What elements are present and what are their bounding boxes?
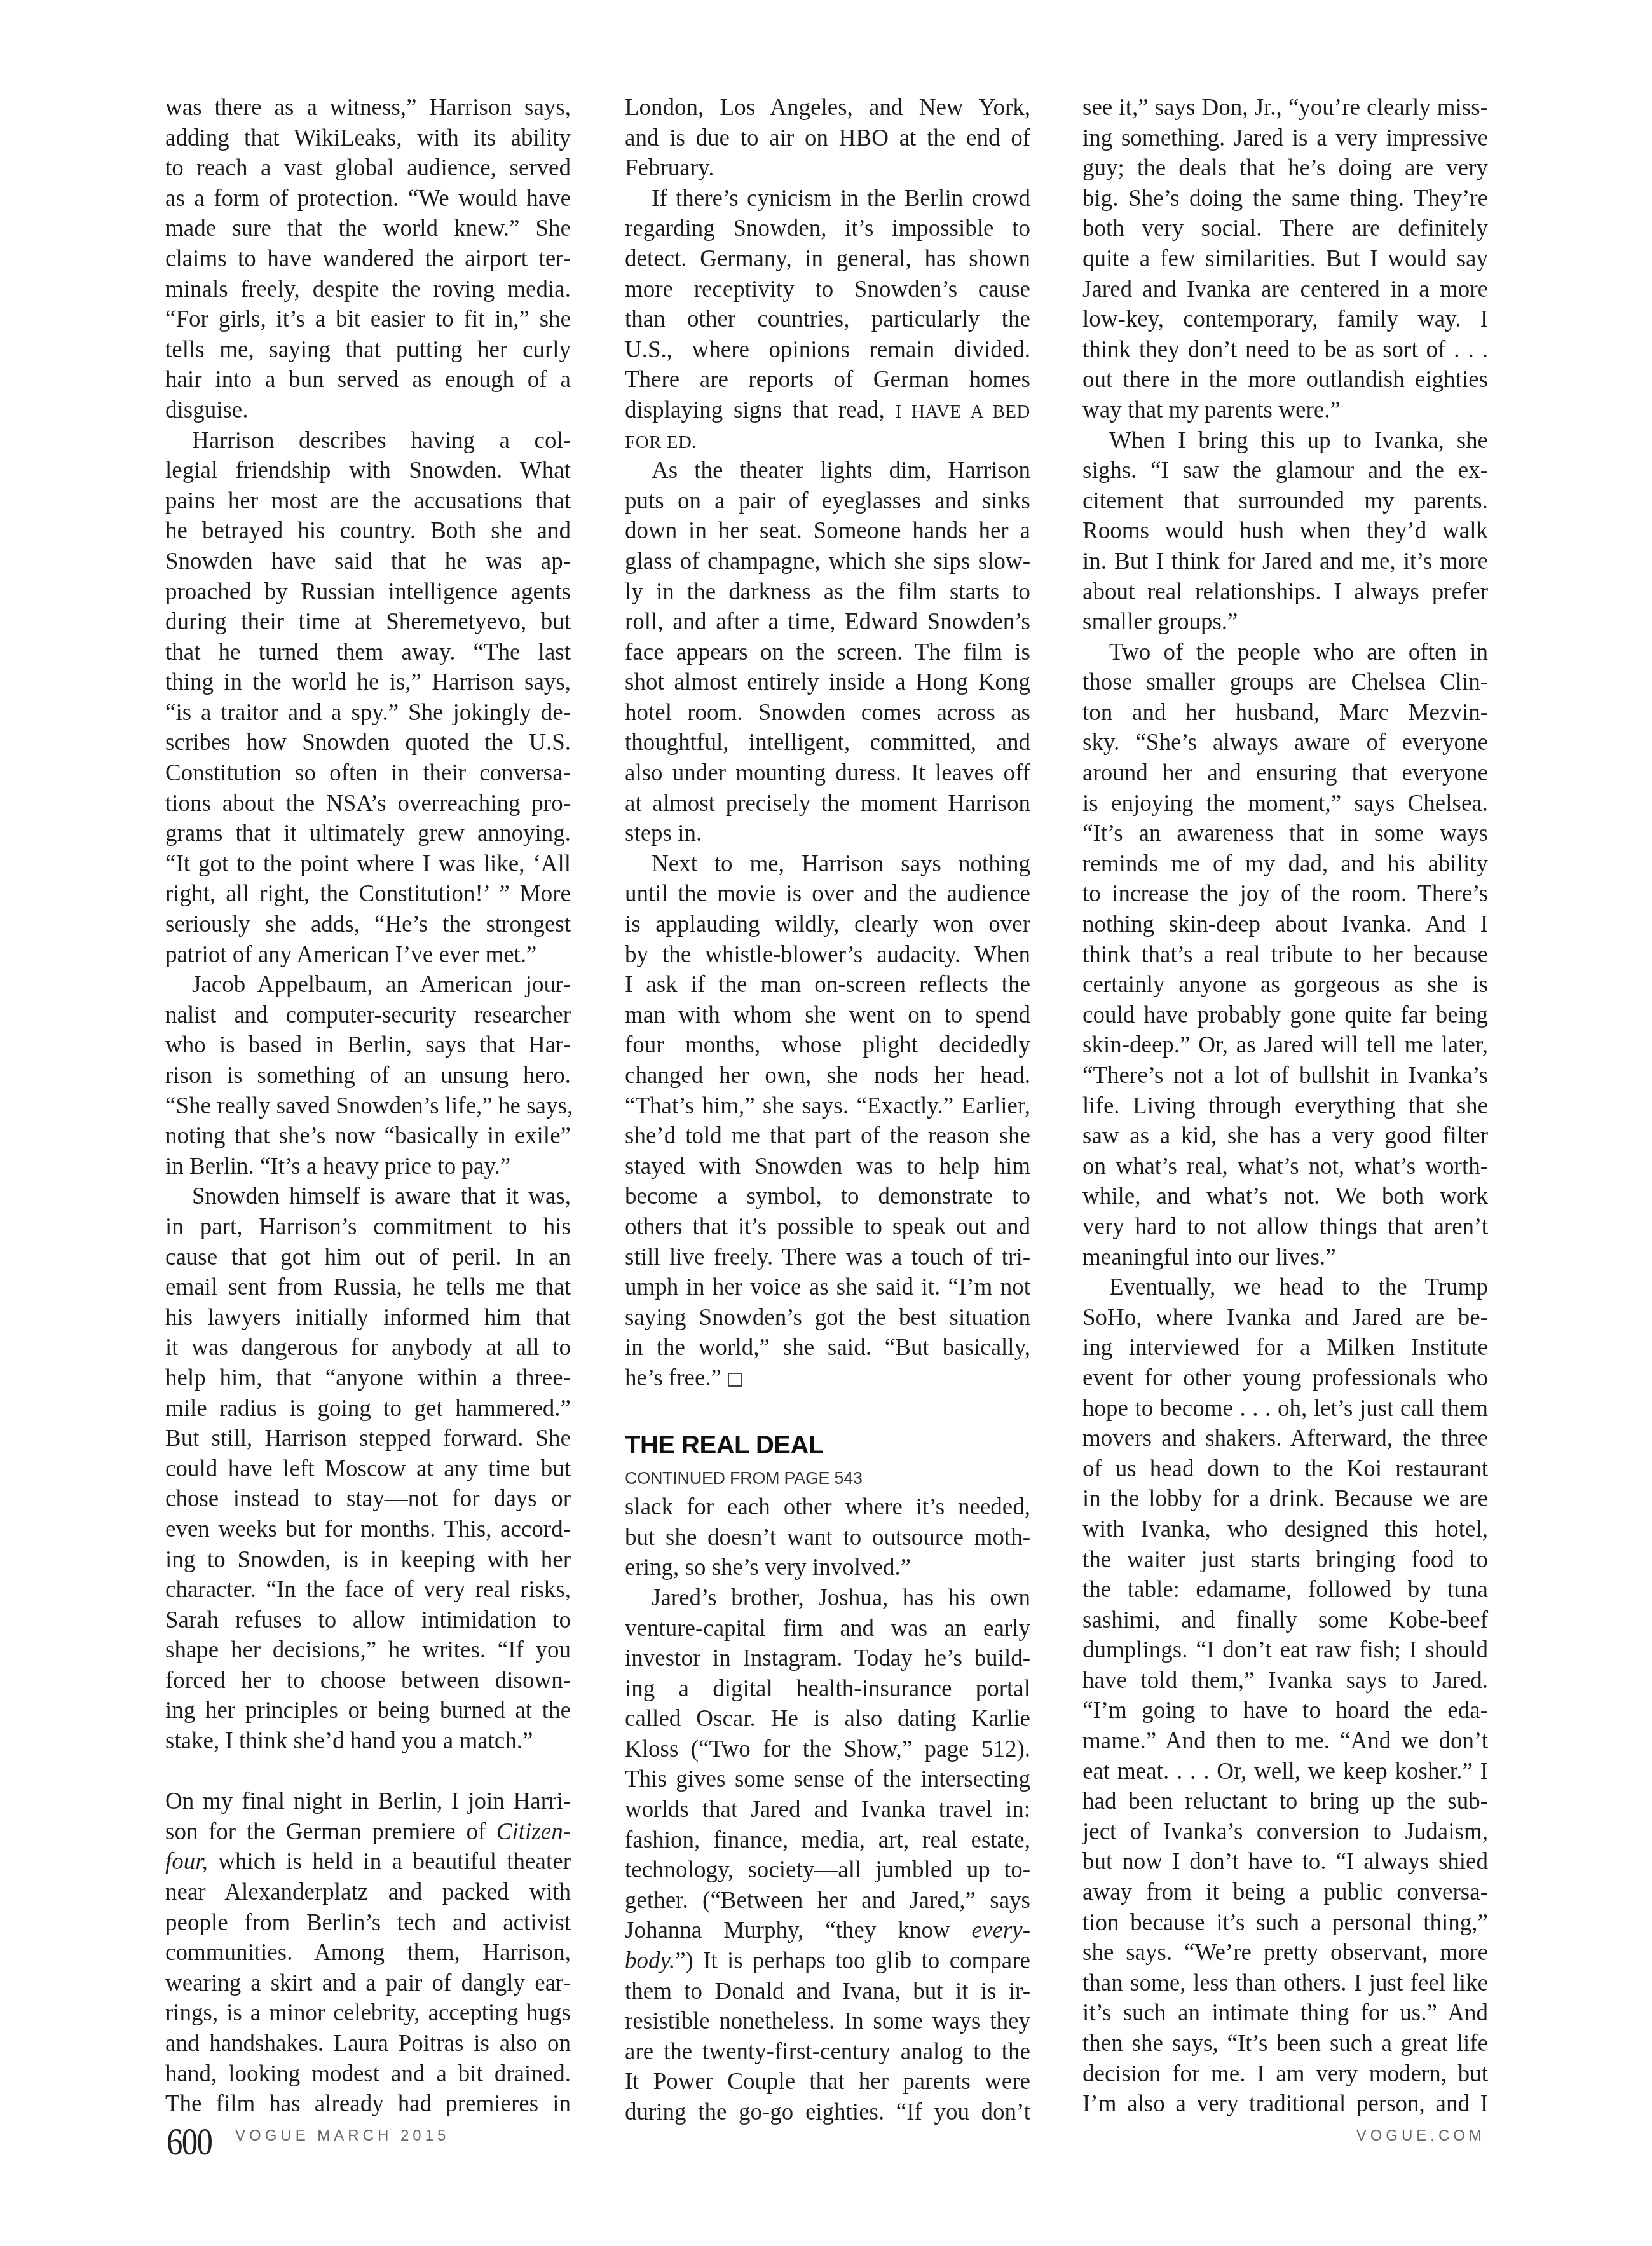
text-line: quite a few similarities. But I would sa… [1082,244,1488,275]
paragraph-gap [625,1394,1030,1424]
text-line: Eventually, we head to the Trump [1082,1272,1488,1303]
text-line: as a form of protection. “We would have [165,184,571,214]
continued-from-label: CONTINUED FROM PAGE 543 [625,1464,1030,1492]
text-line: low-key, contemporary, family way. I [1082,304,1488,335]
line-text: then she says, “It’s been such a great l… [1082,2031,1488,2057]
line-text: in. But I think for Jared and me, it’s m… [1082,548,1488,575]
text-line: When I bring this up to Ivanka, she [1082,426,1488,456]
line-text: U.S., where opinions remain divided. [625,337,1030,363]
text-line: It Power Couple that her parents were [625,2067,1030,2097]
text-line: think that’s a real tribute to her becau… [1082,940,1488,970]
article-column-2: London, Los Angeles, and New York,and is… [625,93,1030,2128]
line-text: down in her seat. Someone hands her a [625,518,1030,544]
text-line: proached by Russian intelligence agents [165,577,571,608]
text-line: seriously she adds, “He’s the strongest [165,909,571,940]
line-text: but now I don’t have to. “I always shied [1082,1849,1488,1875]
line-text: had been reluctant to bring up the sub- [1082,1788,1488,1814]
text-line: If there’s cynicism in the Berlin crowd [625,184,1030,214]
line-text: around her and ensuring that everyone [1082,760,1488,786]
text-line: glass of champagne, which she sips slow- [625,547,1030,577]
line-text: ering, so she’s very involved.” [625,1555,911,1581]
text-line: right, all right, the Constitution!’ ” M… [165,879,571,909]
text-line: adding that WikiLeaks, with its ability [165,123,571,154]
line-text: near Alexanderplatz and packed with [165,1879,571,1905]
text-line: email sent from Russia, he tells me that [165,1272,571,1303]
text-line: ing to Snowden, is in keeping with her [165,1545,571,1576]
line-text: as a form of protection. “We would have [165,186,571,212]
text-line: rings, is a minor celebrity, accepting h… [165,1998,571,2029]
text-line: thoughtful, intelligent, committed, and [625,728,1030,758]
text-line: umph in her voice as she said it. “I’m n… [625,1272,1030,1303]
line-text: gether. (“Between her and Jared,” says [625,1888,1030,1914]
line-text: Jacob Appelbaum, an American jour- [192,972,571,998]
text-line: in the lobby for a drink. Because we are [1082,1484,1488,1514]
line-text: sashimi, and finally some Kobe-beef [1082,1607,1488,1633]
line-text: eat meat. . . . Or, well, we keep kosher… [1082,1759,1488,1785]
text-line: nothing skin-deep about Ivanka. And I [1082,909,1488,940]
text-line: resistible nonetheless. In some ways the… [625,2006,1030,2037]
text-line: slack for each other where it’s needed, [625,1492,1030,1523]
text-line: them to Donald and Ivana, but it is ir- [625,1977,1030,2007]
line-text: ject of Ivanka’s conversion to Judaism, [1082,1819,1488,1845]
line-text: to reach a vast global audience, served [165,155,571,181]
text-line: Kloss (“Two for the Show,” page 512). [625,1734,1030,1765]
line-text: minals freely, despite the roving media. [165,276,571,303]
text-line: at almost precisely the moment Harrison [625,789,1030,819]
text-line: than some, less than others. I just feel… [1082,1968,1488,1999]
text-line: away from it being a public conversa- [1082,1877,1488,1908]
line-text: “It got to the point where I was like, ‘… [165,851,571,877]
line-text: is applauding wildly, clearly won over [625,911,1030,937]
line-text: at almost precisely the moment Harrison [625,791,1030,817]
text-line: that he turned them away. “The last [165,637,571,668]
text-line: February. [625,153,1030,184]
text-line: Rooms would hush when they’d walk [1082,516,1488,547]
text-line: thing in the world he is,” Harrison says… [165,667,571,698]
line-text: London, Los Angeles, and New York, [625,95,1030,121]
text-line: ing her principles or being burned at th… [165,1696,571,1726]
text-line: nalist and computer-security researcher [165,1000,571,1031]
line-text: rings, is a minor celebrity, accepting h… [165,2000,571,2026]
text-line: ing a digital health-insurance portal [625,1674,1030,1705]
text-line: both very social. There are definitely [1082,214,1488,244]
line-text: The film has already had premieres in [165,2091,571,2117]
line-text: I ask if the man on-screen reflects the [625,972,1030,998]
line-text: thing in the world he is,” Harrison says… [165,669,571,695]
line-text: I’m also a very traditional person, and … [1082,2091,1488,2117]
line-text: Snowden have said that he was ap- [165,548,571,575]
italic-title: body. [625,1948,675,1974]
line-text: in Berlin. “It’s a heavy price to pay.” [165,1154,510,1180]
text-line: with Ivanka, who designed this hotel, [1082,1514,1488,1545]
line-text: but she doesn’t want to outsource moth- [625,1525,1030,1551]
text-line: Johanna Murphy, “they know every- [625,1916,1030,1946]
end-of-article-icon [728,1373,742,1387]
line-text: “For girls, it’s a bit easier to fit in,… [165,306,571,332]
line-text: both very social. There are definitely [1082,215,1488,242]
line-text: meaningful into our lives.” [1082,1244,1336,1270]
text-line: hope to become . . . oh, let’s just call… [1082,1394,1488,1424]
text-line: still live freely. There was a touch of … [625,1242,1030,1273]
line-text: it’s such an intimate thing for us.” And [1082,2000,1488,2026]
text-line: I ask if the man on-screen reflects the [625,970,1030,1000]
text-line: disguise. [165,395,571,426]
line-text: puts on a pair of eyeglasses and sinks [625,488,1030,514]
text-line: his lawyers initially informed him that [165,1303,571,1333]
text-line: “For girls, it’s a bit easier to fit in,… [165,304,571,335]
text-line: near Alexanderplatz and packed with [165,1877,571,1908]
text-line: tion because it’s such a personal thing,… [1082,1908,1488,1938]
line-text: on what’s real, what’s not, what’s worth… [1082,1154,1488,1180]
text-line: out there in the more outlandish eightie… [1082,365,1488,395]
line-text: of us head down to the Koi restaurant [1082,1456,1488,1482]
line-text: even weeks but for months. This, accord- [165,1516,571,1542]
line-text: This gives some sense of the intersectin… [625,1766,1030,1792]
line-text: in the world,” she said. “But basically, [625,1335,1030,1361]
line-text: which is held in a beautiful theater [208,1849,571,1875]
line-text: proached by Russian intelligence agents [165,579,571,605]
line-text: skin-deep.” Or, as Jared will tell me la… [1082,1032,1488,1058]
line-text: adding that WikiLeaks, with its ability [165,125,571,151]
line-text: saw as a kid, she has a very good filter [1082,1123,1488,1149]
text-line: “It got to the point where I was like, ‘… [165,849,571,880]
text-line: people from Berlin’s tech and activist [165,1908,571,1938]
line-text: legial friendship with Snowden. What [165,458,571,484]
line-text: nothing skin-deep about Ivanka. And I [1082,911,1488,937]
line-text: It Power Couple that her parents were [625,2069,1030,2095]
line-text: he betrayed his country. Both she and [165,518,571,544]
line-text: ing a digital health-insurance portal [625,1676,1030,1702]
line-text: glass of champagne, which she sips slow- [625,548,1030,575]
text-line: mile radius is going to get hammered.” [165,1394,571,1424]
line-text: If there’s cynicism in the Berlin crowd [652,186,1030,212]
line-text: she says. “We’re pretty observant, more [1082,1940,1488,1966]
line-text: “That’s him,” she says. “Exactly.” Earli… [625,1093,1030,1119]
line-text: called Oscar. He is also dating Karlie [625,1706,1030,1732]
text-line: tells me, saying that putting her curly [165,335,571,365]
text-line: in Berlin. “It’s a heavy price to pay.” [165,1152,571,1182]
line-text: forced her to choose between disown- [165,1668,571,1694]
text-line: shot almost entirely inside a Hong Kong [625,667,1030,698]
text-line: smaller groups.” [1082,607,1488,637]
line-text: event for other young professionals who [1082,1365,1488,1391]
line-text: sighs. “I saw the glamour and the ex- [1082,458,1488,484]
text-line: Jared’s brother, Joshua, has his own [625,1583,1030,1614]
line-text: he’s free.” [625,1365,721,1391]
text-line: face appears on the screen. The film is [625,637,1030,668]
text-line: see it,” says Don, Jr., “you’re clearly … [1082,93,1488,123]
line-text: man with whom she went on to spend [625,1002,1030,1028]
line-text: sky. “She’s always aware of everyone [1082,730,1488,756]
text-line: to increase the joy of the room. There’s [1082,879,1488,909]
text-line: forced her to choose between disown- [165,1666,571,1696]
text-line: event for other young professionals who [1082,1363,1488,1394]
text-line: “I’m going to have to hoard the eda- [1082,1696,1488,1726]
line-text: scribes how Snowden quoted the U.S. [165,730,571,756]
line-text: noting that she’s now “basically in exil… [165,1123,571,1149]
line-text: life. Living through everything that she [1082,1093,1488,1119]
text-line: On my final night in Berlin, I join Harr… [165,1787,571,1817]
line-text: during the go-go eighties. “If you don’t [625,2099,1030,2125]
line-text: “I’m going to have to hoard the eda- [1082,1698,1488,1724]
text-line: could have left Moscow at any time but [165,1454,571,1485]
text-line: until the movie is over and the audience [625,879,1030,909]
line-text: When I bring this up to Ivanka, she [1109,428,1488,454]
text-line: down in her seat. Someone hands her a [625,516,1030,547]
line-text: Kloss (“Two for the Show,” page 512). [625,1736,1030,1762]
line-text: with Ivanka, who designed this hotel, [1082,1516,1488,1542]
line-text: stake, I think she’d hand you a match.” [165,1728,533,1754]
line-text: away from it being a public conversa- [1082,1879,1488,1905]
text-line: Two of the people who are often in [1082,637,1488,668]
text-line: four, which is held in a beautiful theat… [165,1847,571,1877]
text-line: very hard to not allow things that aren’… [1082,1212,1488,1242]
text-line: but she doesn’t want to outsource moth- [625,1523,1030,1553]
text-line: investor in Instagram. Today he’s build- [625,1644,1030,1674]
text-line: patriot of any American I’ve ever met.” [165,940,571,970]
text-line: citement that surrounded my parents. [1082,486,1488,517]
text-line: Sarah refuses to allow intimidation to [165,1605,571,1636]
line-text: mame.” And then to me. “And we don’t [1082,1728,1488,1754]
line-text: Johanna Murphy, “they know [625,1917,972,1943]
line-text: than some, less than others. I just feel… [1082,1970,1488,1996]
text-line: dumplings. “I don’t eat raw fish; I shou… [1082,1635,1488,1666]
text-line: she’d told me that part of the reason sh… [625,1121,1030,1152]
text-line: in the world,” she said. “But basically, [625,1333,1030,1363]
line-text: Jared and Ivanka are centered in a more [1082,276,1488,303]
text-line: in part, Harrison’s commitment to his [165,1212,571,1242]
text-line: on what’s real, what’s not, what’s worth… [1082,1152,1488,1182]
line-text: the waiter just starts bringing food to [1082,1547,1488,1573]
line-text: stayed with Snowden was to help him [625,1154,1030,1180]
text-line: roll, and after a time, Edward Snowden’s [625,607,1030,637]
text-line: ering, so she’s very involved.” [625,1553,1030,1583]
line-text: tells me, saying that putting her curly [165,337,571,363]
text-line: reminds me of my dad, and his ability [1082,849,1488,880]
text-line: mame.” And then to me. “And we don’t [1082,1726,1488,1757]
line-text: his lawyers initially informed him that [165,1305,571,1331]
line-text: patriot of any American I’ve ever met.” [165,942,537,968]
text-line: fashion, finance, media, art, real estat… [625,1825,1030,1856]
text-line: “That’s him,” she says. “Exactly.” Earli… [625,1091,1030,1122]
text-line: but now I don’t have to. “I always shied [1082,1847,1488,1877]
line-text: pains her most are the accusations that [165,488,571,514]
line-text: help him, that “anyone within a three- [165,1365,571,1391]
line-text: made sure that the world knew.” She [165,215,571,242]
line-text: steps in. [625,820,702,847]
text-line: sashimi, and finally some Kobe-beef [1082,1605,1488,1636]
text-line: hair into a bun served as enough of a [165,365,571,395]
text-line: FOR ED. [625,426,1030,456]
text-line: legial friendship with Snowden. What [165,456,571,486]
line-text: very hard to not allow things that aren’… [1082,1214,1488,1240]
line-text: those smaller groups are Chelsea Clin- [1082,669,1488,695]
text-line: The film has already had premieres in [165,2089,571,2120]
text-line: Jacob Appelbaum, an American jour- [165,970,571,1000]
line-text: guy; the deals that he’s doing are very [1082,155,1488,181]
line-text: claims to have wandered the airport ter- [165,246,571,272]
text-line: become a symbol, to demonstrate to [625,1181,1030,1212]
line-text: regarding Snowden, it’s impossible to [625,215,1030,242]
line-text: tion because it’s such a personal thing,… [1082,1910,1488,1936]
text-line: it’s such an intimate thing for us.” And [1082,1998,1488,2029]
line-text: chose instead to stay—not for days or [165,1486,571,1512]
text-line: even weeks but for months. This, accord- [165,1514,571,1545]
text-line: sky. “She’s always aware of everyone [1082,728,1488,758]
text-line: around her and ensuring that everyone [1082,758,1488,789]
line-text: hand, looking modest and a bit drained. [165,2061,571,2087]
text-line: I’m also a very traditional person, and … [1082,2089,1488,2120]
line-text: to increase the joy of the room. There’s [1082,881,1488,907]
line-text: But still, Harrison stepped forward. She [165,1426,571,1452]
text-line: This gives some sense of the intersectin… [625,1764,1030,1795]
text-line: scribes how Snowden quoted the U.S. [165,728,571,758]
line-text: right, all right, the Constitution!’ ” M… [165,881,571,907]
text-line: to reach a vast global audience, served [165,153,571,184]
text-line: Snowden himself is aware that it was, [165,1181,571,1212]
text-line: had been reluctant to bring up the sub- [1082,1787,1488,1817]
text-line: ton and her husband, Marc Mezvin- [1082,698,1488,728]
line-text: shot almost entirely inside a Hong Kong [625,669,1030,695]
text-line: But still, Harrison stepped forward. She [165,1424,571,1454]
line-text: become a symbol, to demonstrate to [625,1183,1030,1209]
text-line: are the twenty-first-century analog to t… [625,2037,1030,2067]
line-text: hotel room. Snowden comes across as [625,700,1030,726]
text-line: technology, society—all jumbled up to- [625,1855,1030,1886]
text-line: “is a traitor and a spy.” She jokingly d… [165,698,571,728]
text-line: by the whistle-blower’s audacity. When [625,940,1030,970]
text-line: sighs. “I saw the glamour and the ex- [1082,456,1488,486]
line-text: investor in Instagram. Today he’s build- [625,1645,1030,1671]
line-text: On my final night in Berlin, I join Harr… [165,1788,571,1814]
line-text: nalist and computer-security researcher [165,1002,571,1028]
line-text: and is due to air on HBO at the end of [625,125,1030,151]
article-column-3: see it,” says Don, Jr., “you’re clearly … [1082,93,1488,2120]
line-text: certainly anyone as gorgeous as she is [1082,972,1488,998]
text-line: London, Los Angeles, and New York, [625,93,1030,123]
line-text: cause that got him out of peril. In an [165,1244,571,1270]
text-line: and handshakes. Laura Poitras is also on [165,2029,571,2059]
italic-title: Citizen- [496,1819,571,1845]
text-line: have told them,” Ivanka says to Jared. [1082,1666,1488,1696]
magazine-page: was there as a witness,” Harrison says,a… [0,0,1652,2246]
line-text: Eventually, we head to the Trump [1109,1274,1488,1300]
line-text: Two of the people who are often in [1109,639,1488,665]
text-line: minals freely, despite the roving media. [165,275,571,305]
text-line: body.”) It is perhaps too glib to compar… [625,1946,1030,1977]
line-text: shape her decisions,” he writes. “If you [165,1637,571,1663]
line-text: she’d told me that part of the reason sh… [625,1123,1030,1149]
text-line: “She really saved Snowden’s life,” he sa… [165,1091,571,1122]
text-line: son for the German premiere of Citizen- [165,1817,571,1848]
text-line: Snowden have said that he was ap- [165,547,571,577]
line-text: also under mounting duress. It leaves of… [625,760,1030,786]
sign-text: FOR ED. [625,432,697,453]
line-text: wearing a skirt and a pair of dangly ear… [165,1970,571,1996]
line-text: than other countries, particularly the [625,306,1030,332]
line-text: disguise. [165,397,249,423]
line-text: could have left Moscow at any time but [165,1456,571,1482]
line-text: in part, Harrison’s commitment to his [165,1214,571,1240]
line-text: technology, society—all jumbled up to- [625,1857,1030,1883]
text-line: is applauding wildly, clearly won over [625,909,1030,940]
text-line: big. She’s doing the same thing. They’re [1082,184,1488,214]
line-text: quite a few similarities. But I would sa… [1082,246,1488,272]
text-line: certainly anyone as gorgeous as she is [1082,970,1488,1000]
page-number: 600 [167,2120,212,2165]
line-text: rison is something of an unsung hero. [165,1063,571,1089]
line-text: umph in her voice as she said it. “I’m n… [625,1274,1030,1300]
line-text: dumplings. “I don’t eat raw fish; I shou… [1082,1637,1488,1663]
text-line: the table: edamame, followed by tuna [1082,1575,1488,1605]
line-text: SoHo, where Ivanka and Jared are be- [1082,1305,1488,1331]
line-text: Rooms would hush when they’d walk [1082,518,1488,544]
text-line: skin-deep.” Or, as Jared will tell me la… [1082,1030,1488,1061]
line-text: worlds that Jared and Ivanka travel in: [625,1797,1030,1823]
line-text: still live freely. There was a touch of … [625,1244,1030,1270]
line-text: ly in the darkness as the film starts to [625,579,1030,605]
text-line: four months, whose plight decidedly [625,1030,1030,1061]
line-text: detect. Germany, in general, has shown [625,246,1030,272]
line-text: “It’s an awareness that in some ways [1082,820,1488,847]
text-line: decision for me. I am very modern, but [1082,2059,1488,2090]
line-text: face appears on the screen. The film is [625,639,1030,665]
text-line: who is based in Berlin, says that Har- [165,1030,571,1061]
line-text: changed her own, she nods her head. [625,1063,1030,1089]
text-line: life. Living through everything that she [1082,1091,1488,1122]
line-text: was there as a witness,” Harrison says, [165,95,571,121]
paragraph-gap [165,1757,571,1787]
line-text: mile radius is going to get hammered.” [165,1396,571,1422]
text-line: way that my parents were.” [1082,395,1488,426]
text-line: hotel room. Snowden comes across as [625,698,1030,728]
line-text: hair into a bun served as enough of a [165,367,571,393]
text-line: Next to me, Harrison says nothing [625,849,1030,880]
line-text: Jared’s brother, Joshua, has his own [652,1585,1030,1611]
text-line: worlds that Jared and Ivanka travel in: [625,1795,1030,1825]
text-line: others that it’s possible to speak out a… [625,1212,1030,1242]
line-text: communities. Among them, Harrison, [165,1940,571,1966]
text-line: noting that she’s now “basically in exil… [165,1121,571,1152]
section-heading: THE REAL DEAL [625,1426,1030,1464]
text-line: regarding Snowden, it’s impossible to [625,214,1030,244]
text-line: “It’s an awareness that in some ways [1082,819,1488,849]
text-line: pains her most are the accusations that [165,486,571,517]
italic-title: every- [972,1917,1030,1943]
line-text: hope to become . . . oh, let’s just call… [1082,1396,1488,1422]
line-text: is enjoying the moment,” says Chelsea. [1082,791,1488,817]
line-text: that he turned them away. “The last [165,639,571,665]
text-line: cause that got him out of peril. In an [165,1242,571,1273]
line-text: who is based in Berlin, says that Har- [165,1032,571,1058]
line-text: slack for each other where it’s needed, [625,1494,1030,1520]
line-text: “is a traitor and a spy.” She jokingly d… [165,700,571,726]
line-text: low-key, contemporary, family way. I [1082,306,1488,332]
line-text: reminds me of my dad, and his ability [1082,851,1488,877]
line-text: could have probably gone quite far being [1082,1002,1488,1028]
text-line: hand, looking modest and a bit drained. [165,2059,571,2090]
text-line: gether. (“Between her and Jared,” says [625,1886,1030,1916]
text-line: man with whom she went on to spend [625,1000,1030,1031]
line-text: movers and shakers. Afterward, the three [1082,1426,1488,1452]
text-line: those smaller groups are Chelsea Clin- [1082,667,1488,698]
text-line: displaying signs that read, I HAVE A BED [625,395,1030,426]
line-text: There are reports of German homes [625,367,1030,393]
line-text: big. She’s doing the same thing. They’re [1082,186,1488,212]
text-line: about real relationships. I always prefe… [1082,577,1488,608]
line-text: venture-capital firm and was an early [625,1616,1030,1642]
text-line: venture-capital firm and was an early [625,1614,1030,1644]
